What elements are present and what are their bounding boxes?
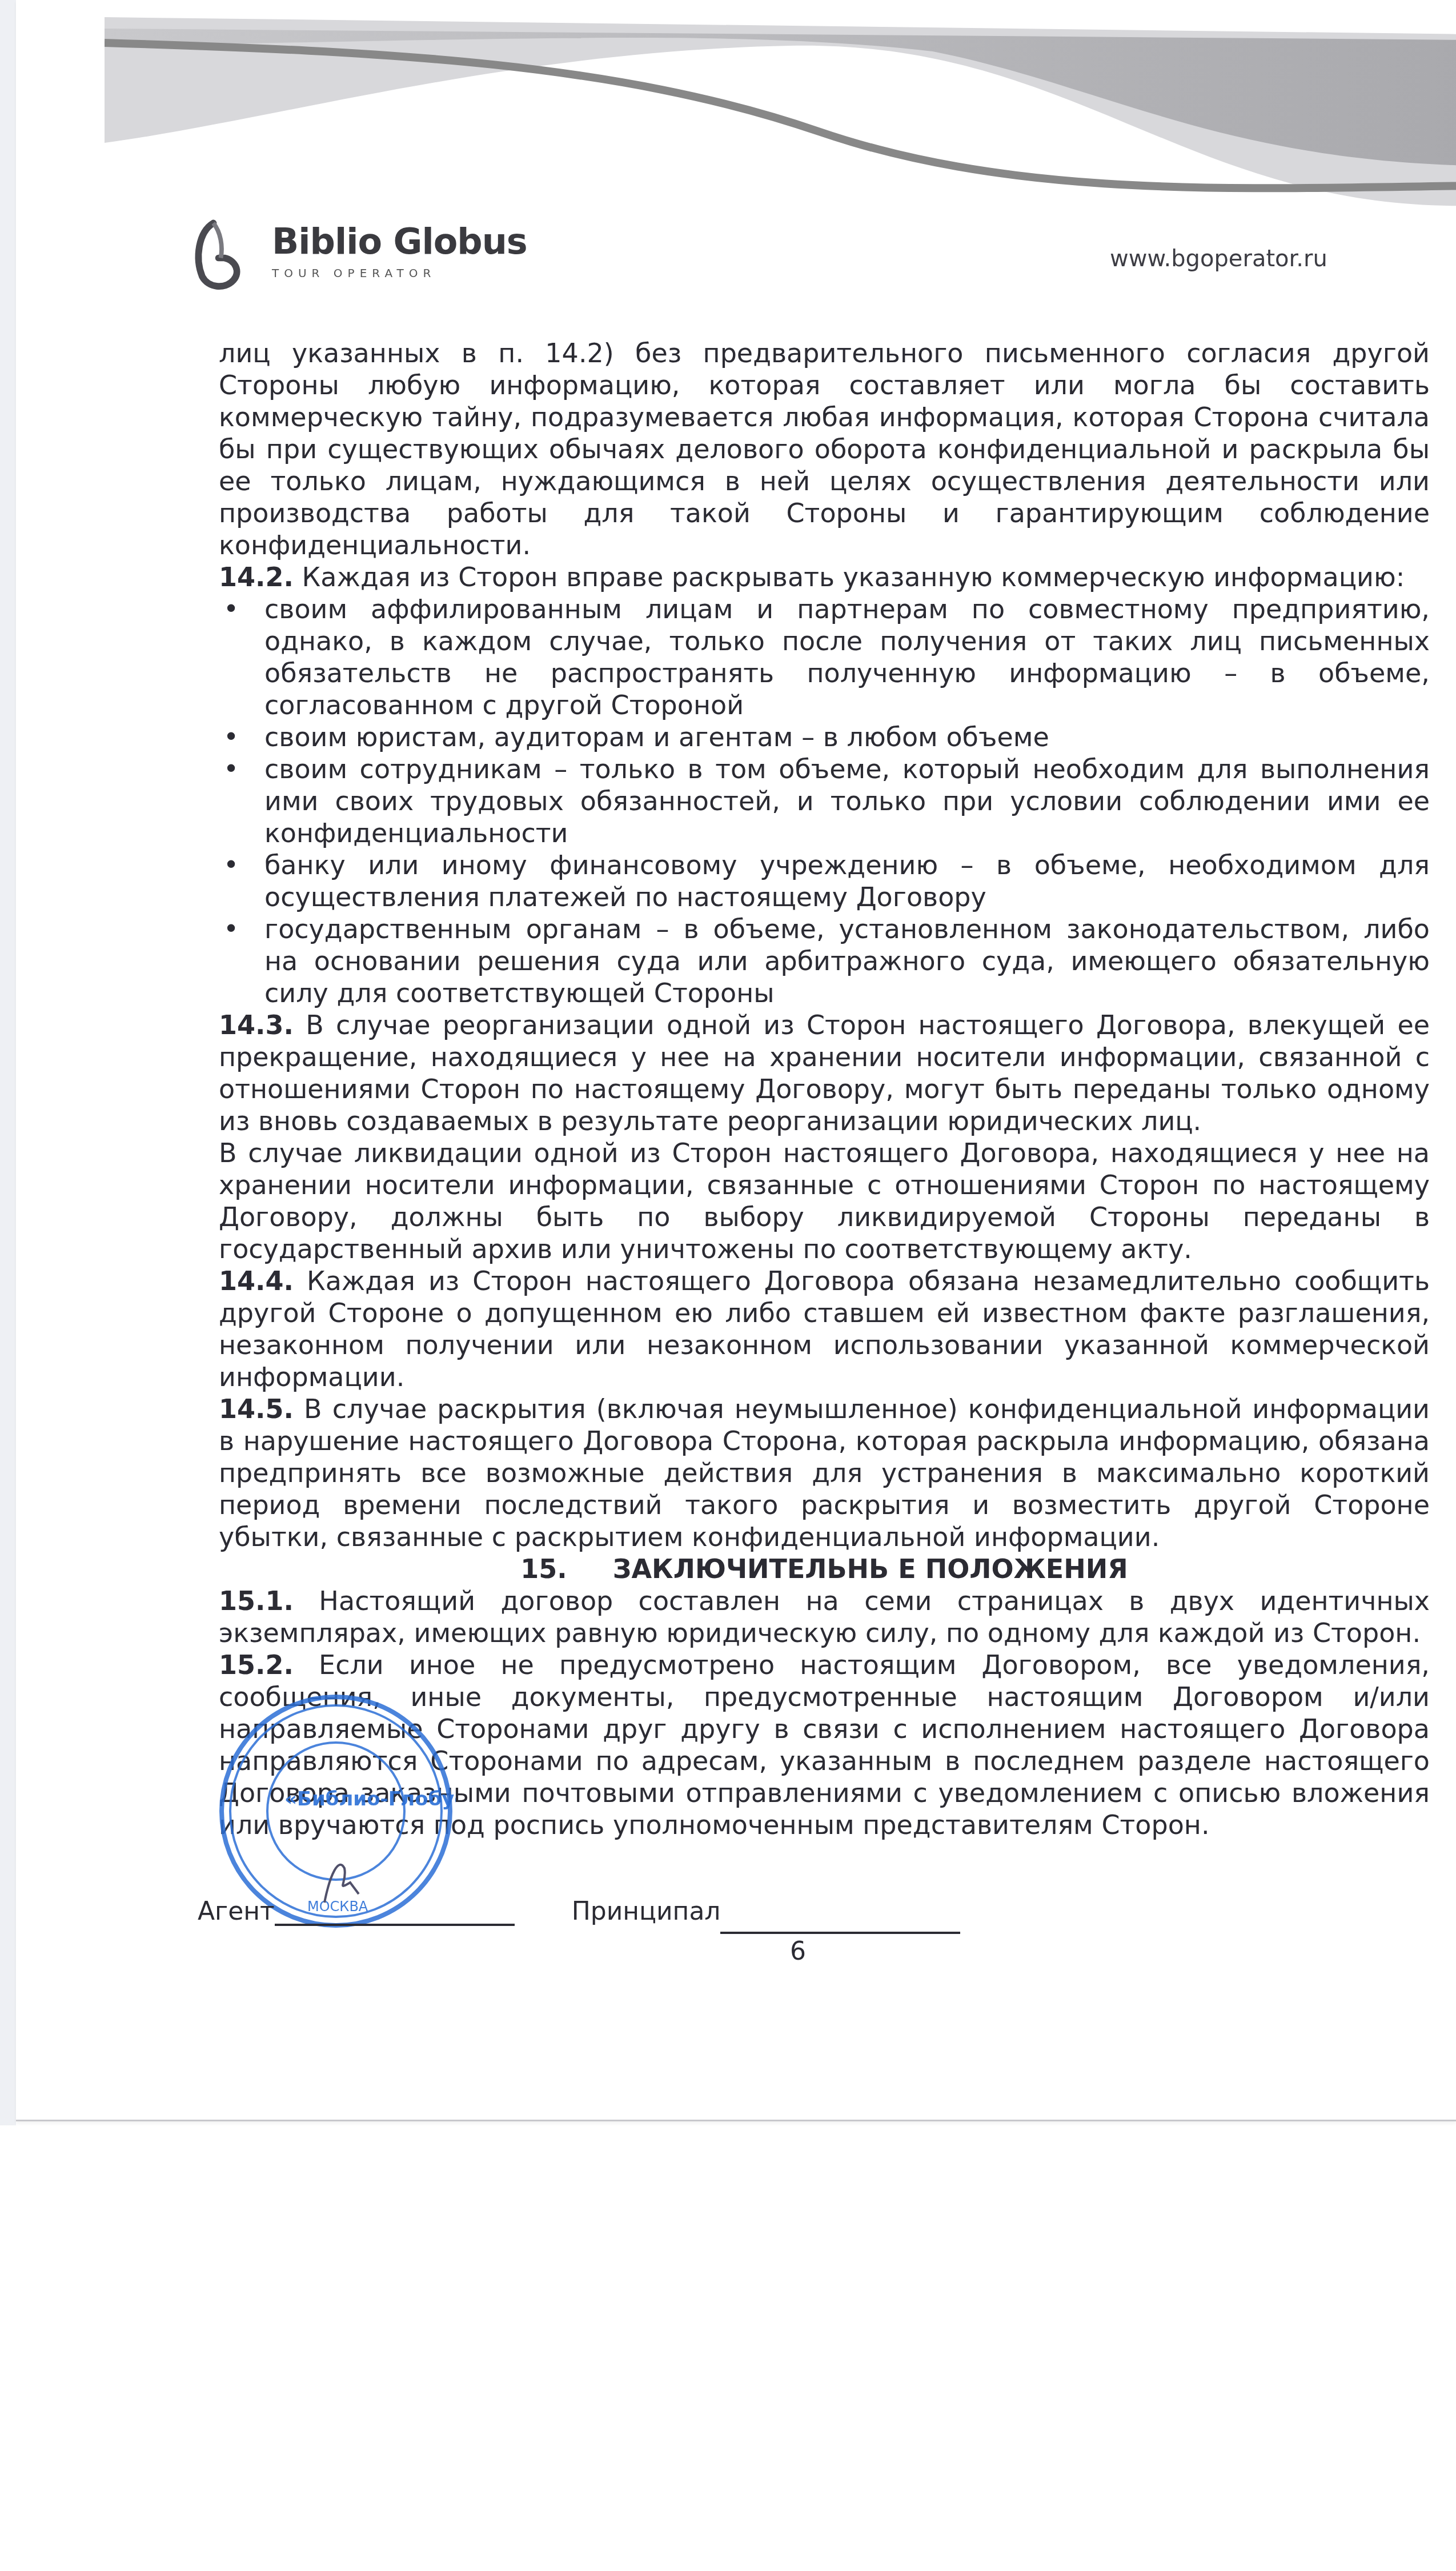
section-heading-15: 15.ЗАКЛЮЧИТЕЛЬНЬ Е ПОЛОЖЕНИЯ xyxy=(219,1553,1430,1585)
agent-signature-line[interactable] xyxy=(275,1901,515,1926)
list-item: своим юристам, аудиторам и агентам – в л… xyxy=(219,721,1430,753)
clause-text: Каждая из Сторон вправе раскрывать указа… xyxy=(302,562,1405,592)
list-item: банку или иному финансовому учреждению –… xyxy=(219,849,1430,913)
document-body: лиц указанных в п. 14.2) без предварител… xyxy=(219,337,1430,1841)
clause-14-4: 14.4. Каждая из Сторон настоящего Догово… xyxy=(219,1265,1430,1393)
clause-text: Настоящий договор составлен на семи стра… xyxy=(219,1585,1430,1648)
header-wave-decoration xyxy=(105,17,1456,223)
brand-name: Biblio Globus xyxy=(272,224,527,259)
stamp-text: «Библио-Глобус» xyxy=(284,1788,456,1811)
clause-14-2: 14.2. Каждая из Сторон вправе раскрывать… xyxy=(219,561,1430,593)
principal-signature-line[interactable] xyxy=(720,1909,960,1934)
clause-text: Каждая из Сторон настоящего Договора обя… xyxy=(219,1266,1430,1392)
clause-text: В случае раскрытия (включая неумышленное… xyxy=(219,1393,1430,1552)
brand-subtitle: TOUR OPERATOR xyxy=(272,266,527,280)
section-number: 15. xyxy=(520,1553,567,1584)
signature-row: Агент Принципал xyxy=(198,1897,960,1926)
page-number: 6 xyxy=(790,1937,806,1966)
agent-label: Агент xyxy=(198,1897,275,1926)
list-item: государственным органам – в объеме, уста… xyxy=(219,913,1430,1009)
clause-number: 14.2. xyxy=(219,562,294,592)
clause-14-3: 14.3. В случае реорганизации одной из Ст… xyxy=(219,1009,1430,1137)
website-link[interactable]: www.bgoperator.ru xyxy=(1110,246,1327,272)
clause-14-5: 14.5. В случае раскрытия (включая неумыш… xyxy=(219,1393,1430,1553)
scan-edge xyxy=(0,0,16,2125)
disclosure-list: своим аффилированным лицам и партнерам п… xyxy=(219,593,1430,1009)
clause-14-3-liquidation: В случае ликвидации одной из Сторон наст… xyxy=(219,1137,1430,1265)
clause-number: 14.3. xyxy=(219,1010,294,1040)
intro-paragraph: лиц указанных в п. 14.2) без предварител… xyxy=(219,337,1430,561)
clause-number: 14.4. xyxy=(219,1266,294,1296)
list-item: своим аффилированным лицам и партнерам п… xyxy=(219,593,1430,721)
clause-number: 15.2. xyxy=(219,1649,294,1680)
clause-number: 14.5. xyxy=(219,1393,294,1424)
brand-logo: Biblio Globus TOUR OPERATOR xyxy=(187,217,527,291)
biblio-globus-logo-icon xyxy=(187,217,262,291)
clause-number: 15.1. xyxy=(219,1585,294,1616)
clause-text: В случае реорганизации одной из Сторон н… xyxy=(219,1010,1430,1136)
list-item: своим сотрудникам – только в том объеме,… xyxy=(219,753,1430,849)
clause-15-1: 15.1. Настоящий договор составлен на сем… xyxy=(219,1585,1430,1649)
principal-label: Принципал xyxy=(572,1897,721,1926)
document-page: Biblio Globus TOUR OPERATOR www.bgoperat… xyxy=(16,0,1456,2121)
section-title: ЗАКЛЮЧИТЕЛЬНЬ Е ПОЛОЖЕНИЯ xyxy=(613,1553,1128,1584)
